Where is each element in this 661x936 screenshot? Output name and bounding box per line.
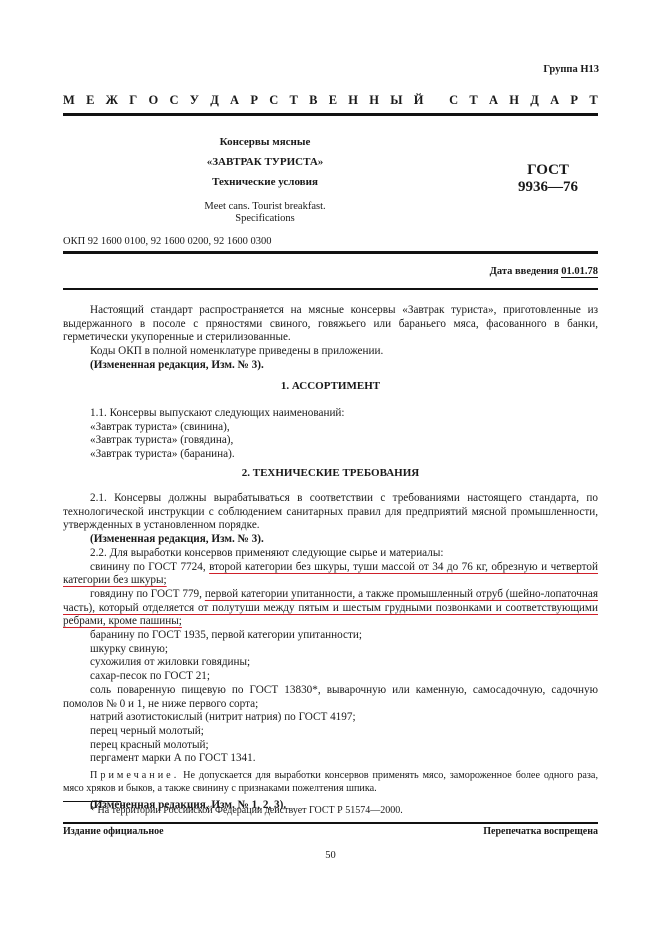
banner-letter: Н <box>369 93 379 108</box>
banner-letter: Ж <box>106 93 118 108</box>
footnote: * На территории Российской Федерации дей… <box>90 805 403 816</box>
banner-letter: Н <box>348 93 358 108</box>
banner-letter: М <box>63 93 75 108</box>
banner-letter: Г <box>129 93 137 108</box>
assortment-item: «Завтрак туриста» (баранина). <box>63 448 598 462</box>
okp-codes: ОКП 92 1600 0100, 92 1600 0200, 92 1600 … <box>63 236 272 247</box>
section-1-heading: 1. АССОРТИМЕНТ <box>63 380 598 394</box>
footnote-rule <box>63 801 121 802</box>
title-line-3: Технические условия <box>150 176 380 188</box>
material-item: перец черный молотый; <box>63 725 598 739</box>
banner-letter: У <box>190 93 199 108</box>
intro-okp-note: Коды ОКП в полной номенклатуре приведены… <box>63 345 598 359</box>
banner-letter: С <box>169 93 178 108</box>
banner-letter: Т <box>290 93 298 108</box>
note: Примечание. Не допускается для выработки… <box>63 769 598 795</box>
banner-letter: Й <box>414 93 424 108</box>
intro-change-note: (Измененная редакция, Изм. № 3). <box>63 359 598 373</box>
banner-letter: С <box>269 93 278 108</box>
banner-letter: А <box>230 93 239 108</box>
clause-2-1: 2.1. Консервы должны вырабатываться в со… <box>63 492 598 533</box>
title-english-line-2: Specifications <box>150 213 380 225</box>
intro-date: Дата введения 01.01.78 <box>490 266 598 277</box>
banner-letter: Р <box>250 93 258 108</box>
banner-letter: Е <box>329 93 337 108</box>
material-item: баранину по ГОСТ 1935, первой категории … <box>63 629 598 643</box>
material-item: шкурку свиную; <box>63 643 598 657</box>
section-1-list: 1.1. Консервы выпускают следующих наимен… <box>63 407 598 462</box>
title-line-2: «ЗАВТРАК ТУРИСТА» <box>150 156 380 168</box>
material-item: сухожилия от жиловки говядины; <box>63 656 598 670</box>
title-english: Meet cans. Tourist breakfast. Specificat… <box>150 201 380 225</box>
material-pork: свинину по ГОСТ 7724, второй категории б… <box>63 561 598 588</box>
header-rule <box>63 113 598 116</box>
banner-letter: Т <box>589 93 597 108</box>
gost-label: ГОСТ <box>503 162 593 179</box>
title-english-line-1: Meet cans. Tourist breakfast. <box>150 201 380 213</box>
okp-rule <box>63 251 598 254</box>
gost-designation: ГОСТ 9936—76 <box>503 162 593 196</box>
clause-2-1-change: (Измененная редакция, Изм. № 3). <box>63 533 598 547</box>
note-label: Примечание. <box>90 770 179 781</box>
intro-date-label: Дата введения <box>490 266 562 277</box>
material-item: сахар-песок по ГОСТ 21; <box>63 670 598 684</box>
assortment-intro: 1.1. Консервы выпускают следующих наимен… <box>63 407 598 421</box>
banner-letter: Н <box>509 93 519 108</box>
page-number: 50 <box>0 850 661 861</box>
interstate-standard-banner: МЕЖГОСУДАРСТВЕННЫЙ СТАНДАРТ <box>63 93 598 108</box>
banner-letter: Ы <box>390 93 402 108</box>
intro-section: Настоящий стандарт распространяется на м… <box>63 304 598 373</box>
banner-letter: А <box>550 93 559 108</box>
beef-standard: говядину по ГОСТ 779, <box>90 588 205 600</box>
banner-letter: А <box>489 93 498 108</box>
group-code: Группа Н13 <box>543 64 599 75</box>
section-2-body: 2.1. Консервы должны вырабатываться в со… <box>63 492 598 813</box>
banner-letter: Р <box>570 93 578 108</box>
banner-letter: Д <box>530 93 539 108</box>
title-line-1: Консервы мясные <box>150 136 380 148</box>
banner-letter: В <box>309 93 317 108</box>
material-item: натрий азотистокислый (нитрит натрия) по… <box>63 711 598 725</box>
material-item: пергамент марки А по ГОСТ 1341. <box>63 752 598 766</box>
assortment-item: «Завтрак туриста» (свинина), <box>63 421 598 435</box>
intro-date-value: 01.01.78 <box>561 266 598 278</box>
material-item: перец красный молотый; <box>63 739 598 753</box>
date-rule <box>63 288 598 290</box>
banner-letter: Т <box>469 93 477 108</box>
banner-letter: Е <box>86 93 94 108</box>
section-2-heading: 2. ТЕХНИЧЕСКИЕ ТРЕБОВАНИЯ <box>63 467 598 481</box>
banner-letter: О <box>148 93 158 108</box>
banner-letter: Д <box>210 93 219 108</box>
banner-letter <box>435 93 438 108</box>
footer-rule <box>63 822 598 824</box>
pork-standard: свинину по ГОСТ 7724, <box>90 561 209 573</box>
intro-paragraph: Настоящий стандарт распространяется на м… <box>63 304 598 345</box>
reprint-prohibited: Перепечатка воспрещена <box>483 826 598 837</box>
official-edition: Издание официальное <box>63 826 164 837</box>
assortment-item: «Завтрак туриста» (говядина), <box>63 434 598 448</box>
material-beef: говядину по ГОСТ 779, первой категории у… <box>63 588 598 629</box>
banner-letter: С <box>449 93 458 108</box>
clause-2-2: 2.2. Для выработки консервов применяют с… <box>63 547 598 561</box>
gost-number: 9936—76 <box>503 179 593 196</box>
material-item: соль поваренную пищевую по ГОСТ 13830*, … <box>63 684 598 711</box>
